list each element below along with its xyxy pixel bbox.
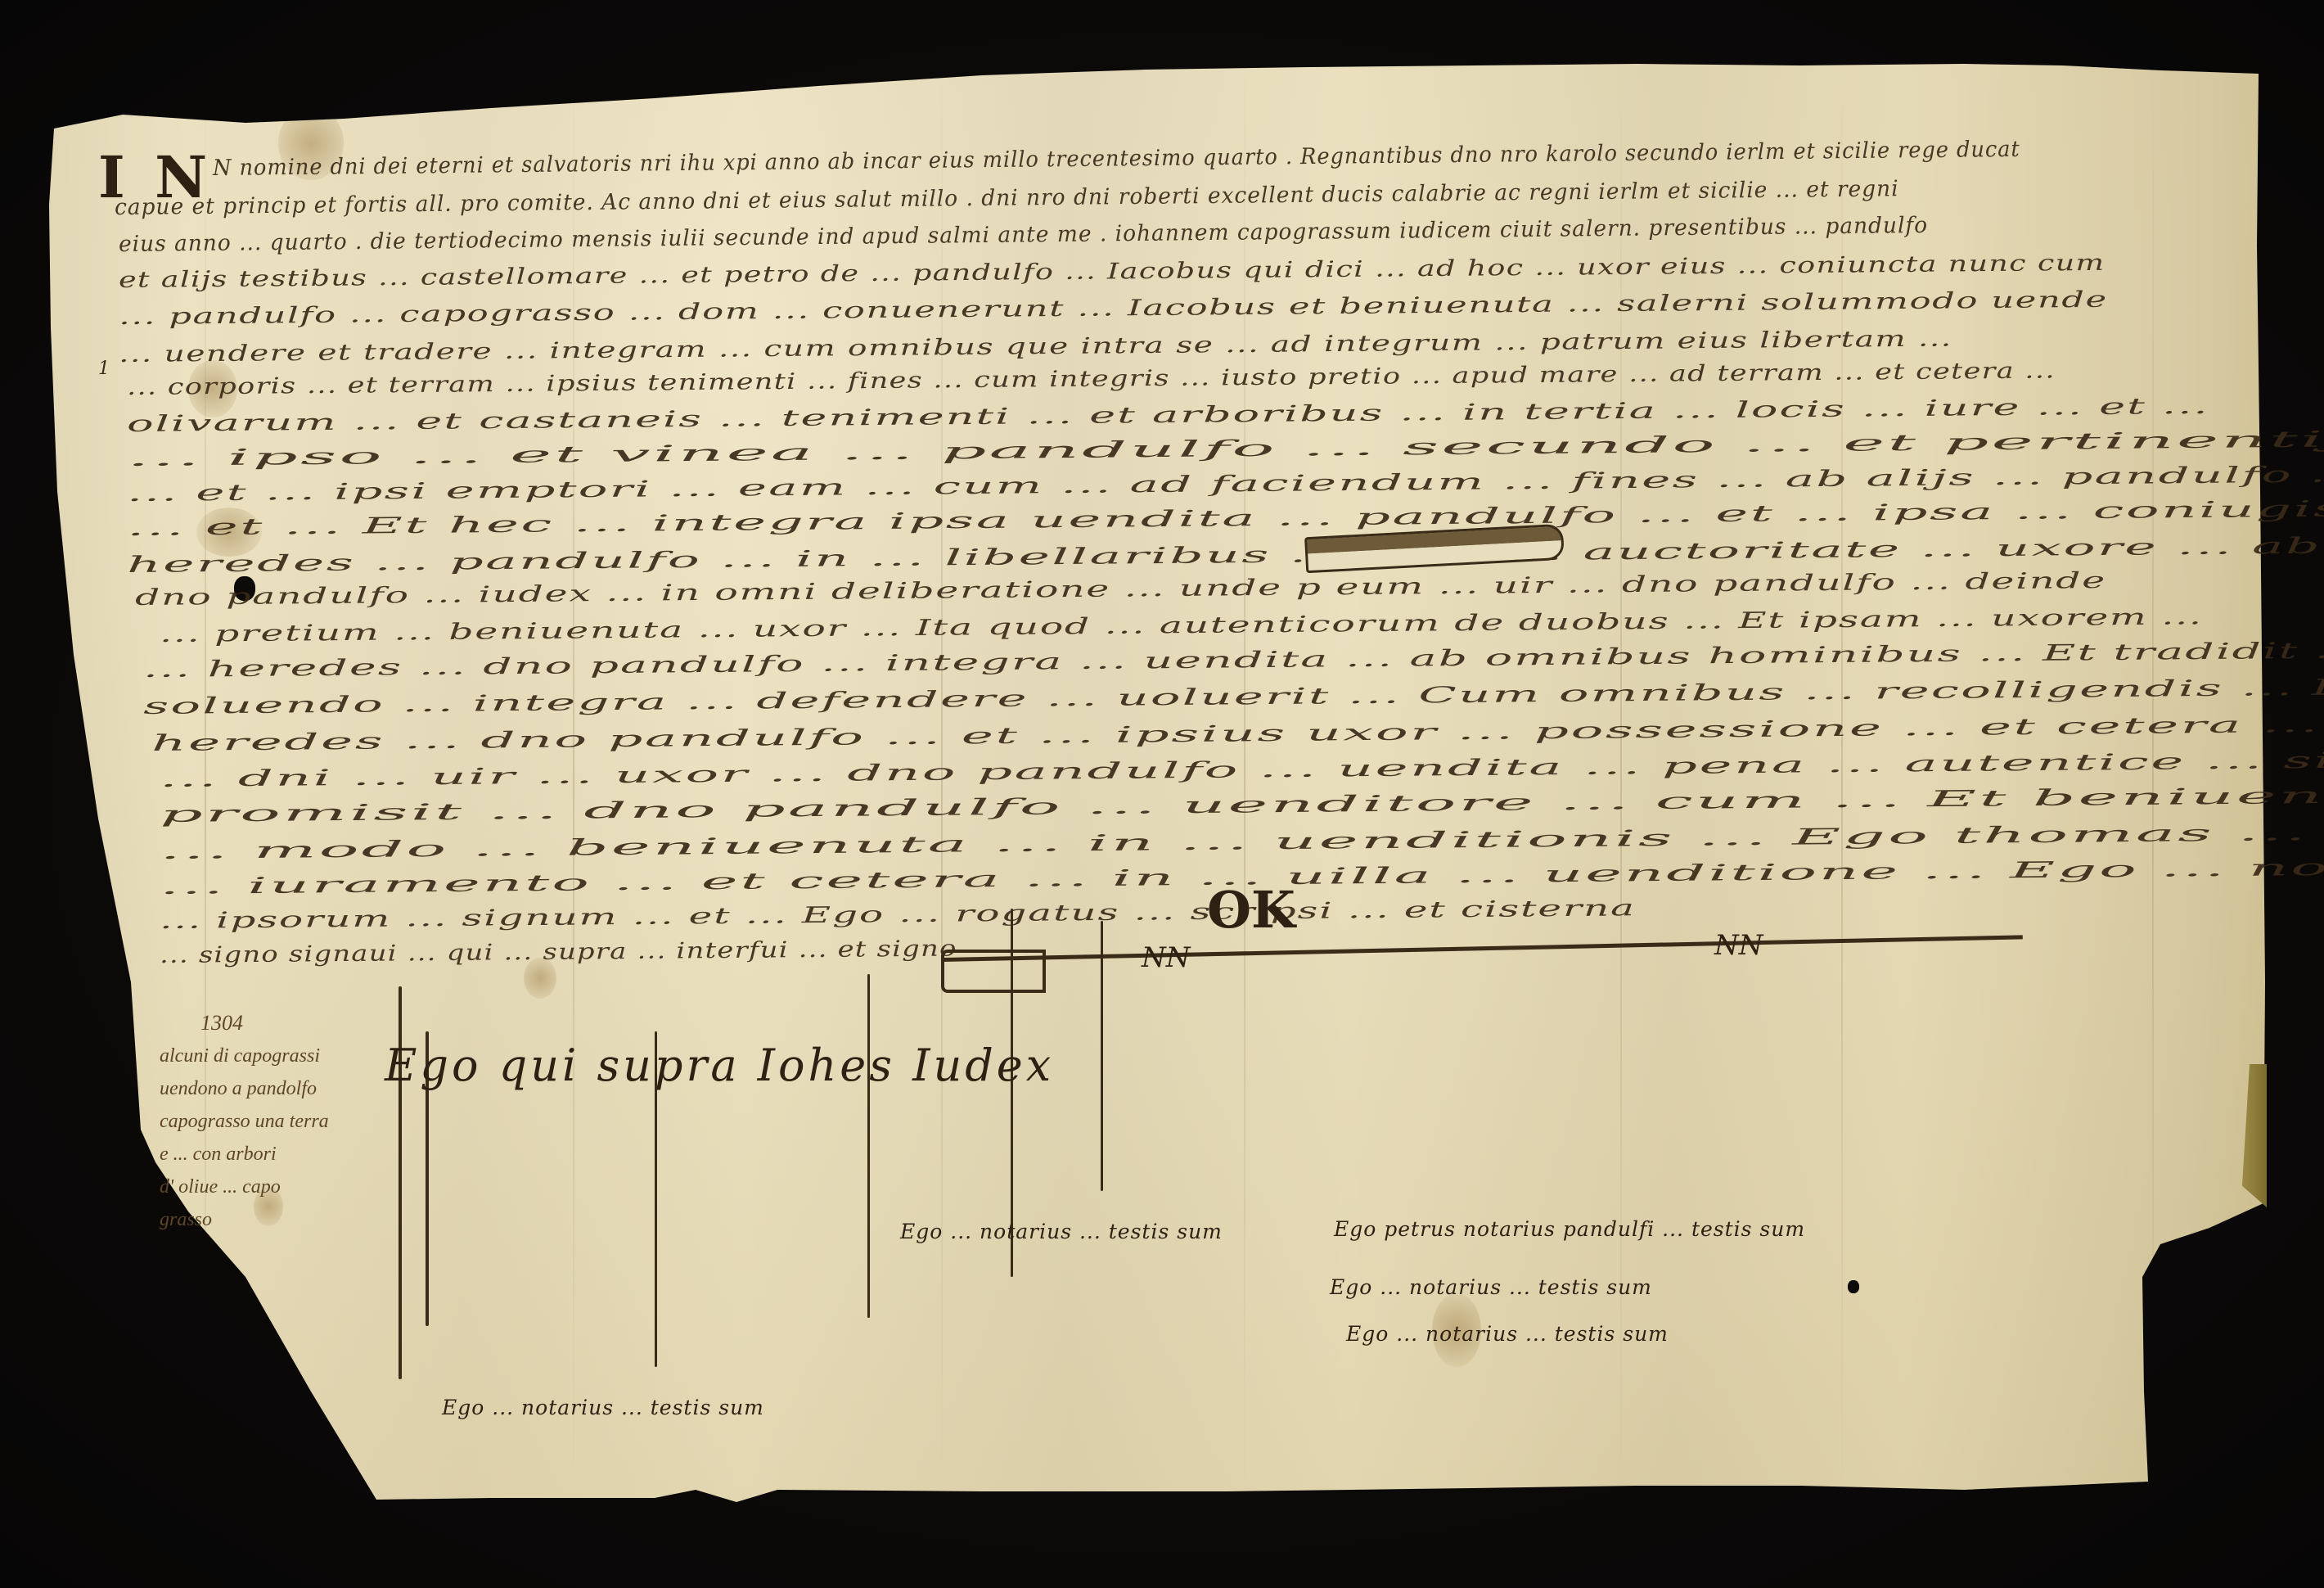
marginal-line: alcuni di capograssi <box>160 1040 329 1072</box>
marginal-line: uendono a pandolfo <box>160 1072 329 1105</box>
witness-signature: Ego petrus notarius pandulfi ... testis … <box>1334 1217 1805 1241</box>
marginal-year: 1304 <box>160 1007 329 1040</box>
notarial-flourish-letters: NN <box>1714 929 1763 962</box>
signature-flourish-stroke <box>867 974 870 1318</box>
judge-signature: Ego qui supra Iohes Iudex <box>385 1040 1054 1091</box>
signature-flourish-stroke <box>1101 921 1103 1191</box>
witness-signature: Ego ... notarius ... testis sum <box>900 1220 1223 1243</box>
notarial-sign-mark: OK <box>1207 880 1295 940</box>
margin-mark: 1 <box>98 359 110 379</box>
marginal-line: d' oliue ... capo <box>160 1171 329 1203</box>
witness-signature: Ego ... notarius ... testis sum <box>1346 1322 1669 1346</box>
marginal-note: 1304 alcuni di capograssi uendono a pand… <box>160 1007 329 1236</box>
witness-signature: Ego ... notarius ... testis sum <box>442 1396 764 1419</box>
fold-crease <box>1841 65 1843 1498</box>
marginal-line: capograsso una terra <box>160 1105 329 1138</box>
witness-signature: Ego ... notarius ... testis sum <box>1330 1275 1652 1299</box>
notarial-flourish-letters: NN <box>1142 941 1191 974</box>
marginal-line: grasso <box>160 1203 329 1236</box>
marginal-line: e ... con arbori <box>160 1138 329 1171</box>
parchment-hole <box>1848 1280 1859 1293</box>
